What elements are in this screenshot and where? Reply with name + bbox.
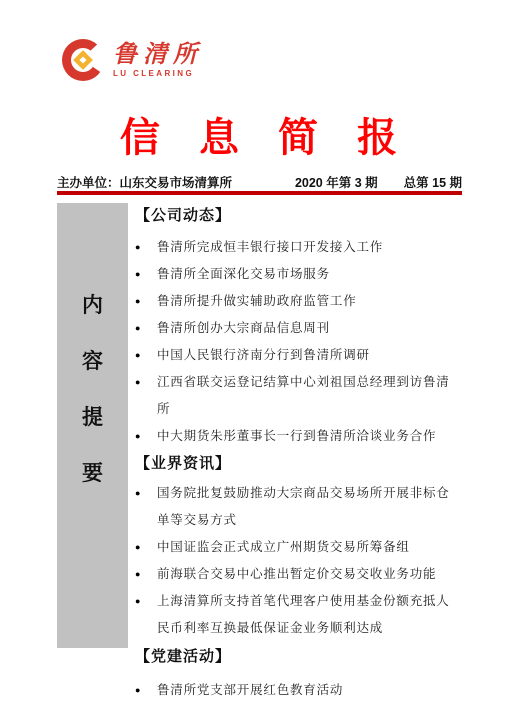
industry-news-list: ● 国务院批复鼓励推动大宗商品交易场所开展非标仓单等交易方式 ● 中国证监会正式… — [135, 480, 462, 642]
bulletin-title: 信 息 简 报 — [0, 106, 517, 163]
list-item-text: 前海联合交易中心推出暂定价交易交收业务功能 — [157, 561, 462, 588]
organizer-label: 主办单位：山东交易市场清算所 — [57, 173, 232, 191]
summary-char-1: 内 — [82, 294, 103, 316]
bullet-icon: ● — [135, 342, 157, 369]
lu-clearing-logo-icon — [60, 37, 106, 83]
list-item: ● 鲁清所创办大宗商品信息周刊 — [135, 315, 462, 342]
list-item: ● 中国证监会正式成立广州期货交易所筹备组 — [135, 534, 462, 561]
masthead-divider — [57, 191, 462, 195]
total-issue-number: 总第 15 期 — [404, 173, 462, 191]
list-item: ● 鲁清所完成恒丰银行接口开发接入工作 — [135, 234, 462, 261]
list-item: ● 中大期货朱彤董事长一行到鲁清所洽谈业务合作 — [135, 423, 462, 450]
bullet-icon: ● — [135, 561, 157, 588]
list-item: ● 中国人民银行济南分行到鲁清所调研 — [135, 342, 462, 369]
list-item-text: 中大期货朱彤董事长一行到鲁清所洽谈业务合作 — [157, 423, 462, 450]
list-item: ● 鲁清所提升做实辅助政府监管工作 — [135, 288, 462, 315]
list-item-text: 国务院批复鼓励推动大宗商品交易场所开展非标仓单等交易方式 — [157, 480, 462, 534]
list-item: ● 国务院批复鼓励推动大宗商品交易场所开展非标仓单等交易方式 — [135, 480, 462, 534]
content-summary-sidebar: 内 容 提 要 — [57, 203, 128, 648]
list-item: ● 鲁清所全面深化交易市场服务 — [135, 261, 462, 288]
party-building-list: ● 鲁清所党支部开展红色教育活动 — [135, 677, 462, 704]
logo: 鲁清所 LU CLEARING — [60, 37, 203, 83]
summary-char-3: 提 — [82, 406, 103, 428]
list-item-text: 鲁清所全面深化交易市场服务 — [157, 261, 462, 288]
bullet-icon: ● — [135, 369, 157, 396]
company-news-list: ● 鲁清所完成恒丰银行接口开发接入工作 ● 鲁清所全面深化交易市场服务 ● 鲁清… — [135, 234, 462, 450]
bullet-icon: ● — [135, 288, 157, 315]
bullet-icon: ● — [135, 534, 157, 561]
list-item: ● 江西省联交运登记结算中心刘祖国总经理到访鲁清所 — [135, 369, 462, 423]
logo-name-en: LU CLEARING — [113, 70, 203, 78]
masthead-info-row: 主办单位：山东交易市场清算所 2020 年第 3 期 总第 15 期 — [57, 173, 462, 191]
bullet-icon: ● — [135, 423, 157, 450]
list-item-text: 上海清算所支持首笔代理客户使用基金份额充抵人民币利率互换最低保证金业务顺利达成 — [157, 588, 462, 642]
logo-text: 鲁清所 LU CLEARING — [113, 42, 203, 78]
list-item-text: 中国证监会正式成立广州期货交易所筹备组 — [157, 534, 462, 561]
list-item-text: 江西省联交运登记结算中心刘祖国总经理到访鲁清所 — [157, 369, 462, 423]
summary-content: 【公司动态】 ● 鲁清所完成恒丰银行接口开发接入工作 ● 鲁清所全面深化交易市场… — [135, 203, 462, 704]
bullet-icon: ● — [135, 234, 157, 261]
bullet-icon: ● — [135, 261, 157, 288]
bullet-icon: ● — [135, 480, 157, 507]
list-item: ● 前海联合交易中心推出暂定价交易交收业务功能 — [135, 561, 462, 588]
logo-name-zh: 鲁清所 — [113, 42, 203, 66]
summary-char-4: 要 — [82, 462, 103, 484]
issue-labels: 2020 年第 3 期 总第 15 期 — [295, 173, 462, 191]
list-item-text: 鲁清所创办大宗商品信息周刊 — [157, 315, 462, 342]
section-heading-company-news: 【公司动态】 — [135, 203, 462, 230]
bullet-icon: ● — [135, 315, 157, 342]
section-heading-industry-news: 【业界资讯】 — [135, 451, 462, 478]
summary-char-2: 容 — [82, 350, 103, 372]
bullet-icon: ● — [135, 677, 157, 704]
list-item-text: 鲁清所完成恒丰银行接口开发接入工作 — [157, 234, 462, 261]
issue-number: 2020 年第 3 期 — [295, 173, 378, 191]
list-item-text: 中国人民银行济南分行到鲁清所调研 — [157, 342, 462, 369]
bullet-icon: ● — [135, 588, 157, 615]
list-item: ● 鲁清所党支部开展红色教育活动 — [135, 677, 462, 704]
list-item-text: 鲁清所党支部开展红色教育活动 — [157, 677, 462, 704]
section-heading-party-building: 【党建活动】 — [135, 644, 462, 671]
bulletin-page: 鲁清所 LU CLEARING 信 息 简 报 主办单位：山东交易市场清算所 2… — [0, 0, 517, 716]
list-item-text: 鲁清所提升做实辅助政府监管工作 — [157, 288, 462, 315]
list-item: ● 上海清算所支持首笔代理客户使用基金份额充抵人民币利率互换最低保证金业务顺利达… — [135, 588, 462, 642]
